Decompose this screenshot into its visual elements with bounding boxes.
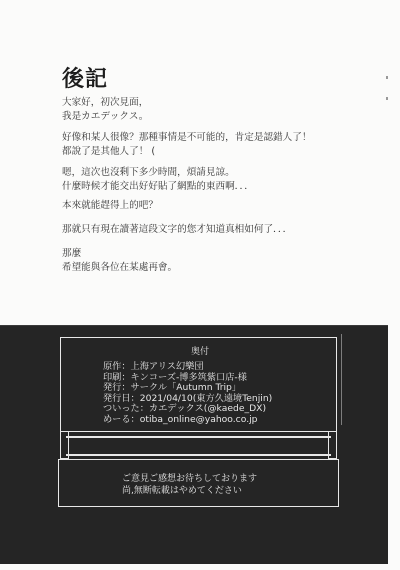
scan-mark — [386, 76, 388, 79]
afterword-paragraph-4: 本來就能趕得上的吧？ — [62, 199, 158, 213]
afterword-title: 後記 — [62, 62, 108, 93]
frame-divider-bar — [66, 436, 331, 456]
text-line: 都說了是其他人了！ ( — [62, 145, 311, 159]
afterword-paragraph-2: 好像和某人很像？那種事情是不可能的，肯定是認錯人了！ 都說了是其他人了！ ( — [62, 131, 311, 158]
text-line: 大家好，初次見面， — [62, 96, 148, 110]
colophon-heading: 奥付 — [0, 344, 400, 357]
text-line: 那麼 — [62, 247, 177, 261]
afterword-paragraph-6: 那麼 希望能與各位在某處再會。 — [62, 247, 177, 274]
text-line: 嗯，這次也沒剩下多少時間，煩請見諒。 — [62, 166, 254, 180]
notice-text: ご意見ご感想お待ちしております 尚,無断転載はやめてください — [122, 474, 257, 497]
text-line: 我是カエデックス。 — [62, 110, 148, 124]
scan-mark — [386, 97, 388, 100]
feedback-request: ご意見ご感想お待ちしております — [122, 474, 257, 486]
reprint-prohibition: 尚,無断転載はやめてください — [122, 486, 257, 498]
text-line: 什麼時候才能交出好好貼了網點的東西啊．．． — [62, 180, 254, 194]
colophon-email: めーる：otiba_online@yahoo.co.jp — [103, 415, 272, 426]
frame-connector-left — [60, 431, 69, 459]
afterword-paragraph-1: 大家好，初次見面， 我是カエデックス。 — [62, 96, 148, 123]
text-line: 希望能與各位在某處再會。 — [62, 261, 177, 275]
text-line: 那就只有現在讀著這段文字的您才知道真相如何了．．． — [62, 223, 292, 237]
colophon-original-work: 原作：上海アリス幻樂団 — [103, 362, 272, 373]
frame-connector-right — [328, 431, 337, 459]
afterword-paragraph-3: 嗯，這次也沒剩下多少時間，煩請見諒。 什麼時候才能交出好好貼了網點的東西啊．．． — [62, 166, 254, 193]
colophon-details: 原作：上海アリス幻樂団 印刷：キンコーズ-博多筑紫口店-様 発行：サークル「Au… — [103, 362, 272, 426]
afterword-paragraph-5: 那就只有現在讀著這段文字的您才知道真相如何了．．． — [62, 223, 292, 237]
text-line: 好像和某人很像？那種事情是不可能的，肯定是認錯人了！ — [62, 131, 311, 145]
text-line: 本來就能趕得上的吧？ — [62, 199, 158, 213]
